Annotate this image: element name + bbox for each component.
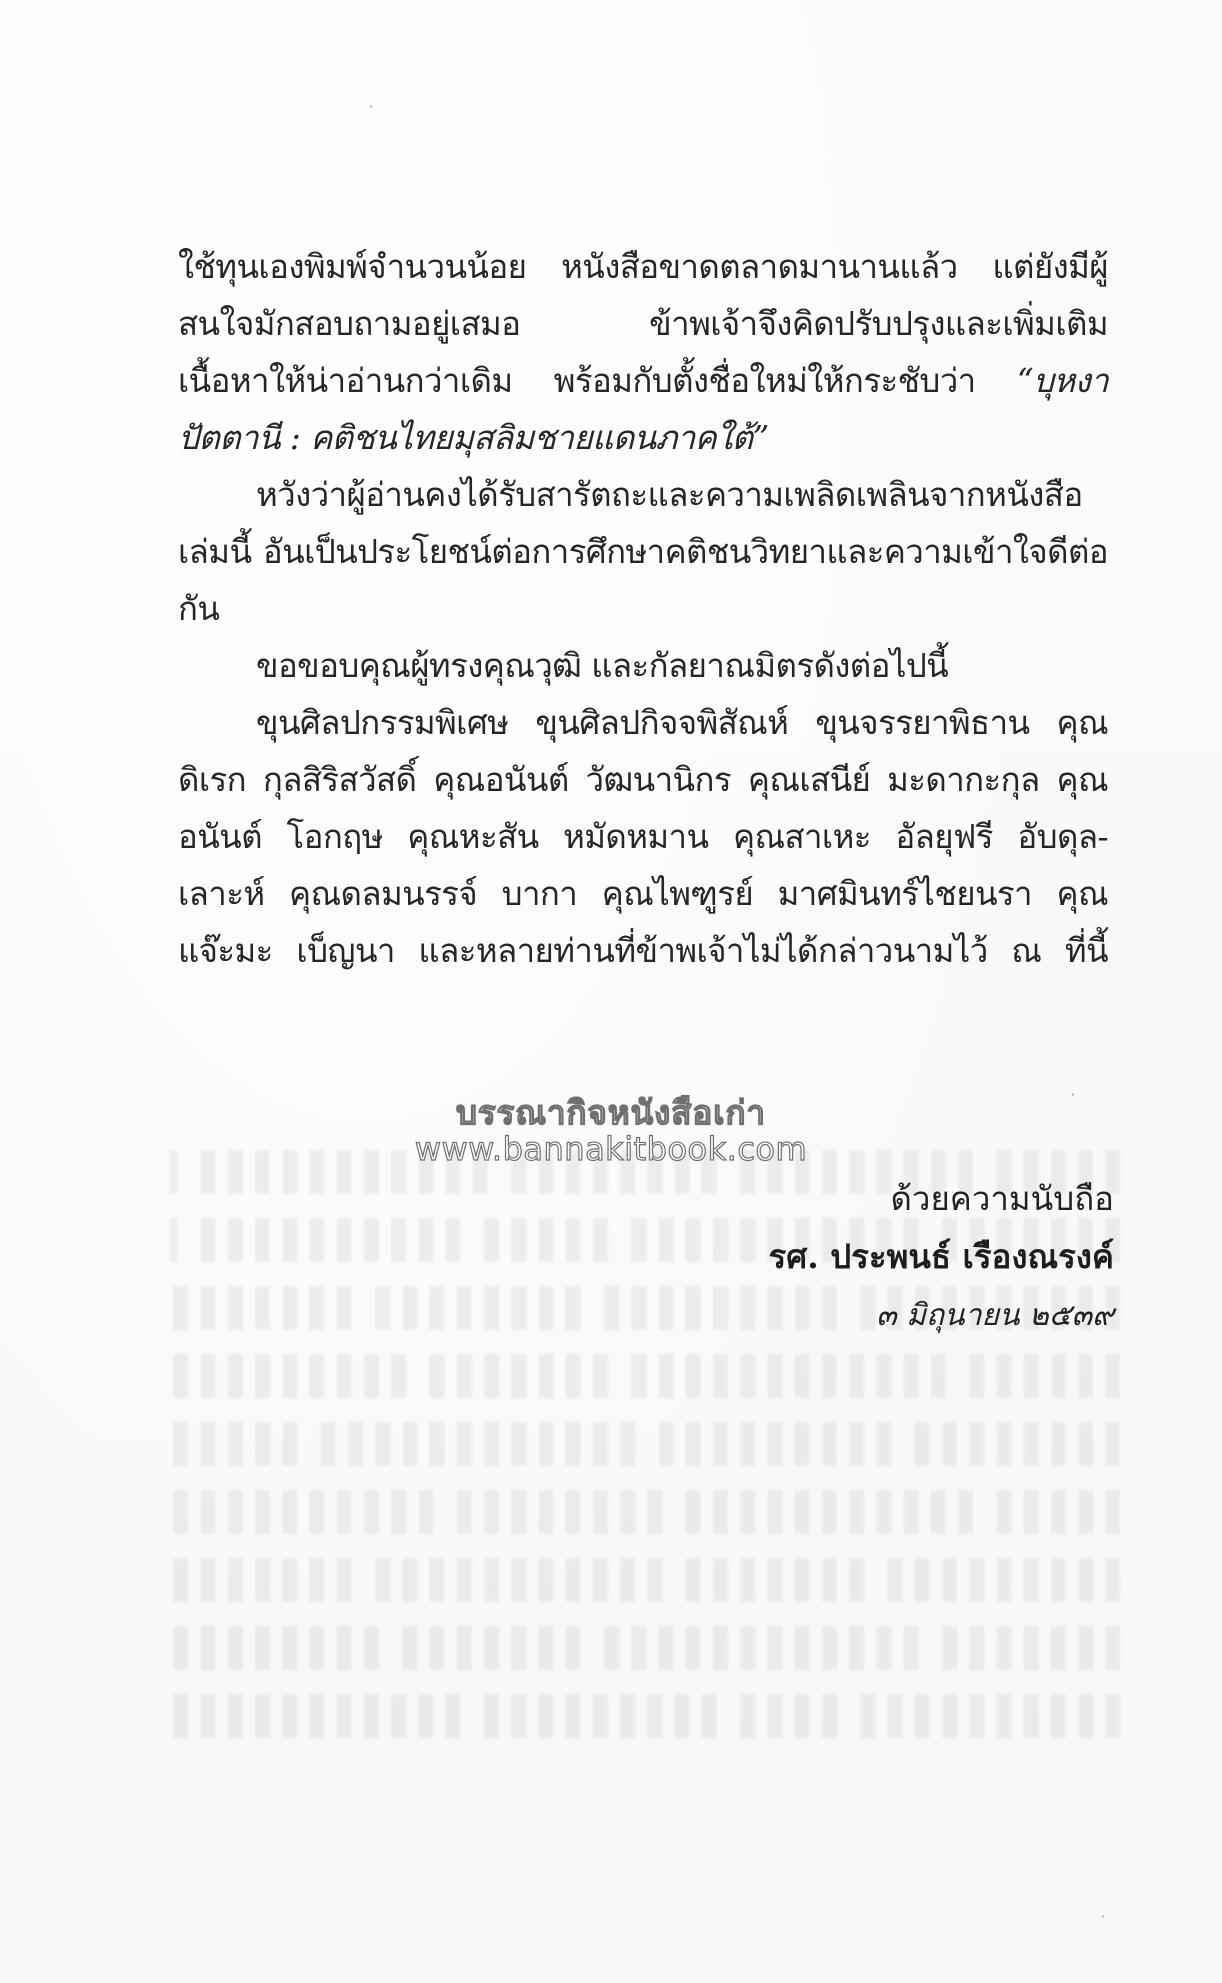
text-line: ขอขอบคุณผู้ทรงคุณวุฒิ และกัลยาณมิตรดังต่… [178,637,1108,694]
book-page: ▌▌▌▌▌ ▌▌▌▌▌▌▌▌▌ ▌▌▌▌▌▌▌▌ ▌▌▌▌▌▌▌▌▌▌▌ ▌▌▌… [0,0,1222,1983]
closing-phrase: ด้วยความนับถือ [769,1170,1114,1227]
bleed-through-text: ▌▌▌▌▌▌▌ ▌▌▌▌▌▌▌▌▌▌▌▌ ▌▌▌▌▌▌▌ ▌▌▌▌▌▌▌▌▌▌▌… [170,1626,1120,1670]
text-line: ขุนศิลปกรรมพิเศษ ขุนศิลปกิจจพิสัณห์ ขุนจ… [178,694,1108,751]
text-line: เลาะห์ คุณดลมนรรจ์ บากา คุณไพฑูรย์ มาศมิ… [178,865,1108,922]
text-line: กัน [178,580,1108,637]
text-line: หวังว่าผู้อ่านคงได้รับสารัตถะและความเพลิ… [178,466,1108,523]
text-line: เนื้อหาให้น่าอ่านกว่าเดิม พร้อมกับตั้งชื… [178,352,1108,409]
signature-date: ๓ มิถุนายน ๒๕๓๙ [769,1287,1114,1344]
bleed-through-text: ▌▌▌▌▌▌▌▌ ▌▌▌▌▌▌▌▌▌ ▌▌▌▌▌▌▌▌▌▌▌▌ ▌▌▌▌▌ ▌▌… [170,1422,1120,1466]
text-line: ปัตตานี : คติชนไทยมุสลิมชายแดนภาคใต้” [178,409,1108,466]
text-line: เล่มนี้ อันเป็นประโยชน์ต่อการศึกษาคติชนว… [178,523,1108,580]
text-line: แจ๊ะมะ เบ็ญนา และหลายท่านที่ข้าพเจ้าไม่ไ… [178,922,1108,979]
bleed-through-text: ▌▌▌▌▌▌ ▌▌▌▌▌▌▌▌▌▌▌▌ ▌▌▌▌▌▌▌ ▌▌▌▌▌▌▌▌▌▌ ▌… [170,1354,1120,1398]
paper-speck [1072,1093,1074,1096]
text-segment: เนื้อหาให้น่าอ่านกว่าเดิม พร้อมกับตั้งชื… [178,361,976,400]
book-title-end: ปัตตานี : คติชนไทยมุสลิมชายแดนภาคใต้” [178,418,769,457]
bleed-through-text: ▌▌▌▌▌ ▌▌▌▌▌▌▌▌▌▌▌ ▌▌▌▌▌▌▌▌ ▌▌▌▌▌▌▌▌▌▌ ▌▌… [170,1490,1120,1534]
text-line: อนันต์ โอกฤษ คุณหะสัน หมัดหมาน คุณสาเหะ … [178,808,1108,865]
watermark-shop-name: บรรณากิจหนังสือเก่า [0,1086,1222,1139]
text-line: ดิเรก กุลสิริสวัสดิ์ คุณอนันต์ วัฒนานิกร… [178,751,1108,808]
paper-speck [370,105,372,108]
bleed-through-text: ▌▌▌▌▌▌▌▌▌▌ ▌▌▌▌ ▌▌▌▌▌▌▌▌▌ ▌▌▌▌▌▌▌▌▌▌▌▌ ▌… [170,1694,1120,1738]
bleed-through-text: ▌▌▌▌▌▌▌▌▌ ▌▌▌▌▌▌▌ ▌▌▌▌▌▌▌▌▌▌▌ ▌▌▌▌▌▌▌▌▌ … [170,1558,1120,1602]
paper-speck [1102,1915,1104,1918]
signature-block: ด้วยความนับถือ รศ. ประพนธ์ เรืองณรงค์ ๓ … [769,1170,1114,1344]
text-line: ใช้ทุนเองพิมพ์จำนวนน้อย หนังสือขาดตลาดมา… [178,238,1108,295]
book-title-start: “บุหงา [1017,361,1108,400]
author-name: รศ. ประพนธ์ เรืองณรงค์ [769,1227,1114,1287]
text-line: สนใจมักสอบถามอยู่เสมอ ข้าพเจ้าจึงคิดปรับ… [178,295,1108,352]
body-text: ใช้ทุนเองพิมพ์จำนวนน้อย หนังสือขาดตลาดมา… [178,238,1108,979]
